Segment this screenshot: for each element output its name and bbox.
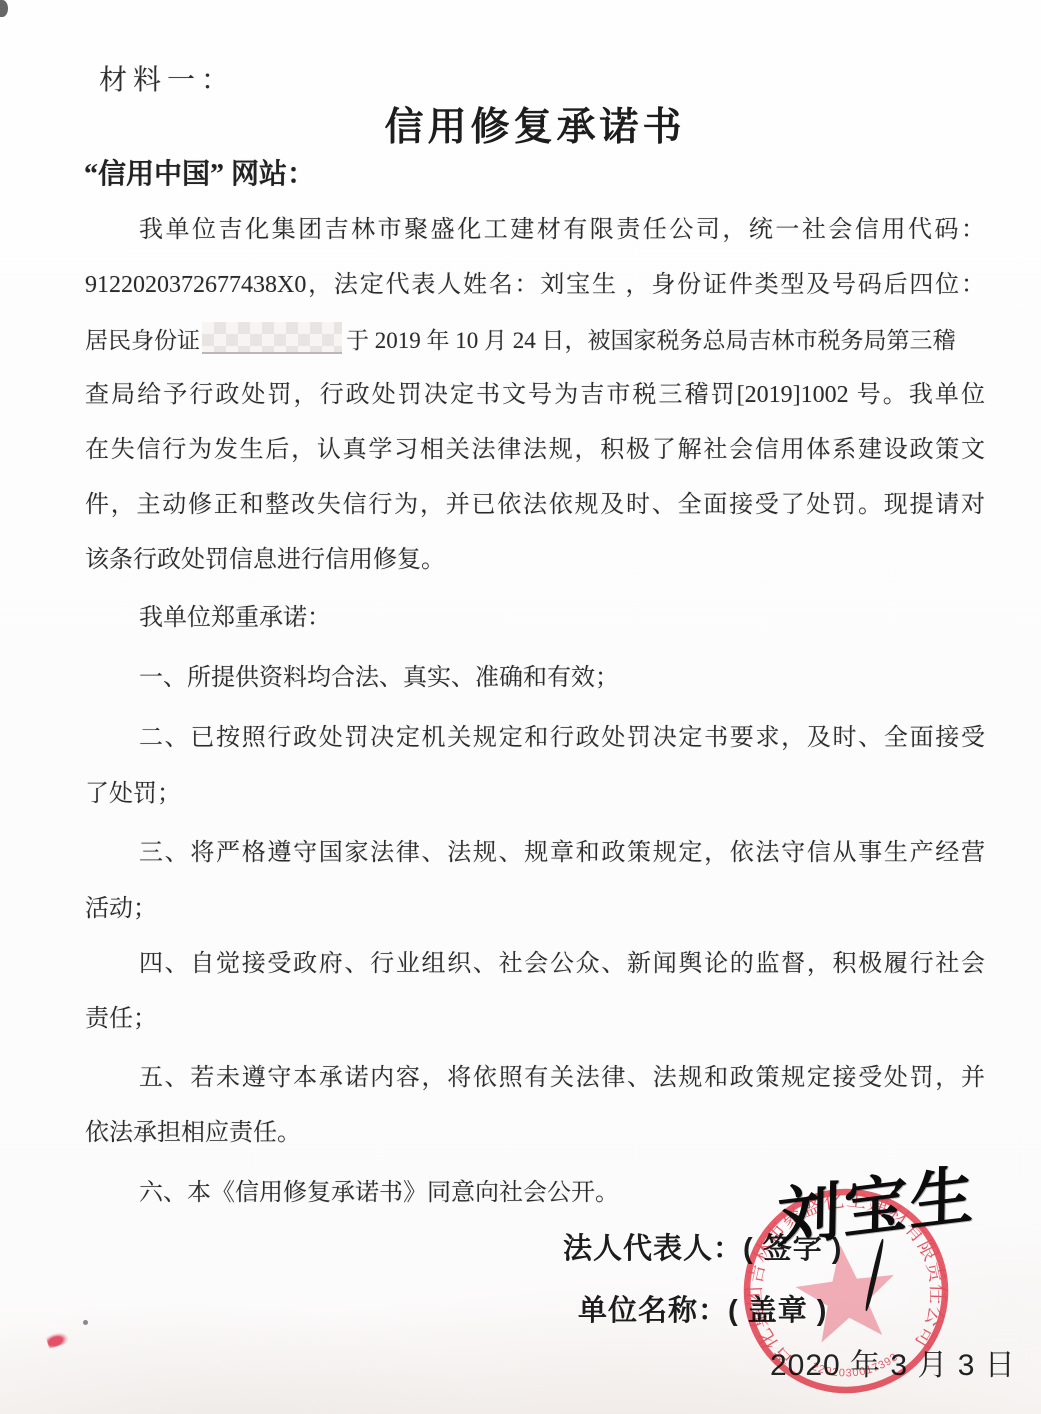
commitment-item-5: 五、若未遵守本承诺内容，将依照有关法律、法规和政策规定接受处罚，并 (85, 1060, 985, 1096)
body-line: 在失信行为发生后，认真学习相关法律法规，积极了解社会信用体系建设政策文 (85, 432, 985, 468)
commitment-item-1: 一、所提供资料均合法、真实、准确和有效； (85, 660, 985, 696)
commitment-item-5-cont: 依法承担相应责任。 (85, 1115, 985, 1151)
dust-dot-artifact (83, 1320, 88, 1325)
commitment-item-4: 四、自觉接受政府、行业组织、社会公众、新闻舆论的监督，积极履行社会 (85, 946, 985, 982)
commitment-item-3: 三、将严格遵守国家法律、法规、规章和政策规定，依法守信从事生产经营 (85, 835, 985, 871)
redacted-id-mosaic (202, 322, 342, 354)
body-line: 查局给予行政处罚，行政处罚决定书文号为吉市税三稽罚[2019]1002 号。我单… (85, 377, 985, 413)
body-line: 该条行政处罚信息进行信用修复。 (85, 542, 985, 578)
redacted-line-post: 于 2019 年 10 月 24 日，被国家税务总局吉林市税务局第三稽 (346, 328, 956, 353)
body-line: 件，主动修正和整改失信行为，并已依法依规及时、全面接受了处罚。现提请对 (85, 487, 985, 523)
material-label: 材料一： (99, 58, 235, 98)
commitment-item-3-cont: 活动； (85, 891, 985, 927)
body-line: 9122020372677438X0，法定代表人姓名：刘宝生 ，身份证件类型及号… (85, 267, 985, 303)
commitment-item-2: 二、已按照行政处罚决定机关规定和行政处罚决定书要求，及时、全面接受 (85, 720, 985, 756)
commitment-item-2-cont: 了处罚； (85, 776, 985, 812)
scan-corner-artifact (0, 0, 8, 17)
commitment-item-4-cont: 责任； (85, 1001, 985, 1037)
scanned-document-page: 材料一： 信用修复承诺书 “信用中国” 网站： 我单位吉化集团吉林市聚盛化工建材… (0, 0, 1041, 1414)
body-line: 我单位吉化集团吉林市聚盛化工建材有限责任公司，统一社会信用代码： (85, 212, 985, 248)
redacted-line-pre: 居民身份证 (85, 328, 200, 353)
document-title: 信用修复承诺书 (85, 96, 985, 152)
handwritten-signature: 刘宝生 (776, 1156, 1035, 1252)
salutation-line: “信用中国” 网站： (84, 152, 315, 192)
seal-star-icon (791, 1239, 901, 1344)
body-line-redacted: 居民身份证于 2019 年 10 月 24 日，被国家税务总局吉林市税务局第三稽 (85, 322, 985, 359)
body-line: 我单位郑重承诺： (85, 600, 985, 636)
red-ink-speck-artifact (46, 1330, 70, 1349)
